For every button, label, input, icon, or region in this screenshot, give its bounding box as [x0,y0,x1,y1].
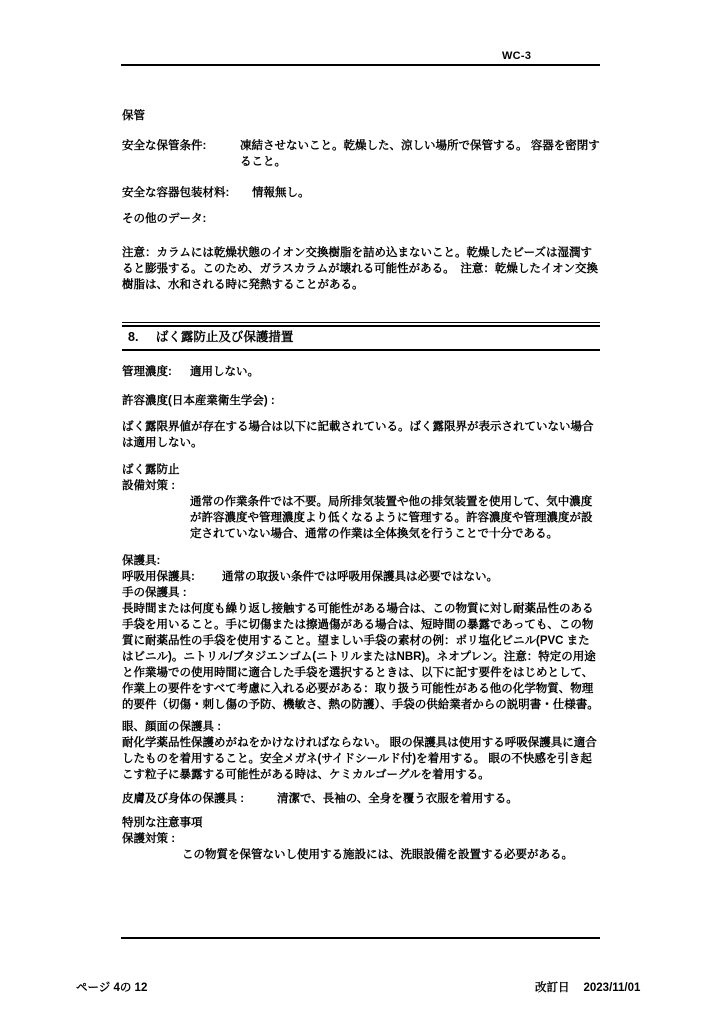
sds-document-page: WC-3 保管 安全な保管条件: 凍結させないこと。乾燥した、涼しい場所で保管す… [0,0,724,1024]
exposure-limit-note: ばく露限界値が存在する場合は以下に記載されている。ばく露限界が表示されていない場… [122,419,600,451]
exposure-prevention-heading: ばく露防止 [122,462,600,478]
section-header-top-thin-rule [122,322,600,323]
section-8-number: 8. [128,330,138,344]
packaging-materials-row: 安全な容器包装材料: 情報無し。 [122,185,600,201]
header-rule [121,64,600,66]
skin-body-protection-value: 清潔で、長袖の、全身を覆う衣服を着用する。 [277,791,600,807]
respiratory-protection-row: 呼吸用保護具: 通常の取扱い条件では呼吸用保護具は必要ではない。 [122,569,600,585]
safe-storage-conditions-value: 凍結させないこと。乾燥した、涼しい場所で保管する。 容器を密閉すること。 [240,138,600,170]
storage-caution-note: 注意：カラムには乾燥状態のイオン交換樹脂を詰め込まないこと。乾燥したビーズは湿潤… [122,245,600,293]
footer-revision: 改訂日 2023/11/01 [535,980,640,996]
skin-body-protection-row: 皮膚及び身体の保護具 : 清潔で、長袖の、全身を覆う衣服を着用する。 [122,791,600,807]
permissible-concentration-label: 許容濃度(日本産業衛生学会) : [122,393,600,409]
eye-face-protection-text: 耐化学薬品性保護めがねをかけなければならない。 眼の保護具は使用する呼吸保護具に… [122,735,600,783]
revision-date-value: 2023/11/01 [584,980,641,996]
doc-code: WC-3 [502,48,531,64]
section-8-title-row: 8. ばく露防止及び保護措置 [122,327,600,351]
eye-face-protection-label: 眼、顔面の保護具 : [122,719,600,735]
revision-date-label: 改訂日 [535,980,570,996]
packaging-materials-value: 情報無し。 [252,185,600,201]
protective-equipment-heading: 保護具: [122,553,600,569]
section-8-header: 8. ばく露防止及び保護措置 [122,322,600,351]
section-8-title: ばく露防止及び保護措置 [156,330,294,344]
equipment-measures-text: 通常の作業条件では不要。局所排気装置や他の排気装置を使用して、気中濃度が許容濃度… [122,494,600,542]
protection-measures-label: 保護対策 : [122,831,600,847]
control-concentration-row: 管理濃度: 適用しない。 [122,364,600,380]
safe-storage-conditions-row: 安全な保管条件: 凍結させないこと。乾燥した、涼しい場所で保管する。 容器を密閉… [122,138,600,170]
control-concentration-label: 管理濃度: [122,364,190,380]
respiratory-protection-label: 呼吸用保護具: [122,569,222,585]
special-precautions-heading: 特別な注意事項 [122,815,600,831]
hand-protection-text: 長時間または何度も繰り返し接触する可能性がある場合は、この物質に対し耐薬品性のあ… [122,601,600,713]
footer-rule [121,937,600,939]
hand-protection-label: 手の保護具 : [122,585,600,601]
footer-page-number: ページ 4の 12 [76,980,147,996]
other-data-label: その他のデータ: [122,211,600,227]
control-concentration-value: 適用しない。 [190,364,600,380]
packaging-materials-label: 安全な容器包装材料: [122,185,252,201]
page-content: 保管 安全な保管条件: 凍結させないこと。乾燥した、涼しい場所で保管する。 容器… [122,106,600,863]
respiratory-protection-value: 通常の取扱い条件では呼吸用保護具は必要ではない。 [222,569,600,585]
safe-storage-conditions-label: 安全な保管条件: [122,138,240,154]
protection-measures-text: この物質を保管ないし使用する施設には、洗眼設備を設置する必要がある。 [122,847,600,863]
skin-body-protection-label: 皮膚及び身体の保護具 : [122,791,277,807]
equipment-measures-label: 設備対策 : [122,478,600,494]
storage-heading: 保管 [122,108,600,124]
